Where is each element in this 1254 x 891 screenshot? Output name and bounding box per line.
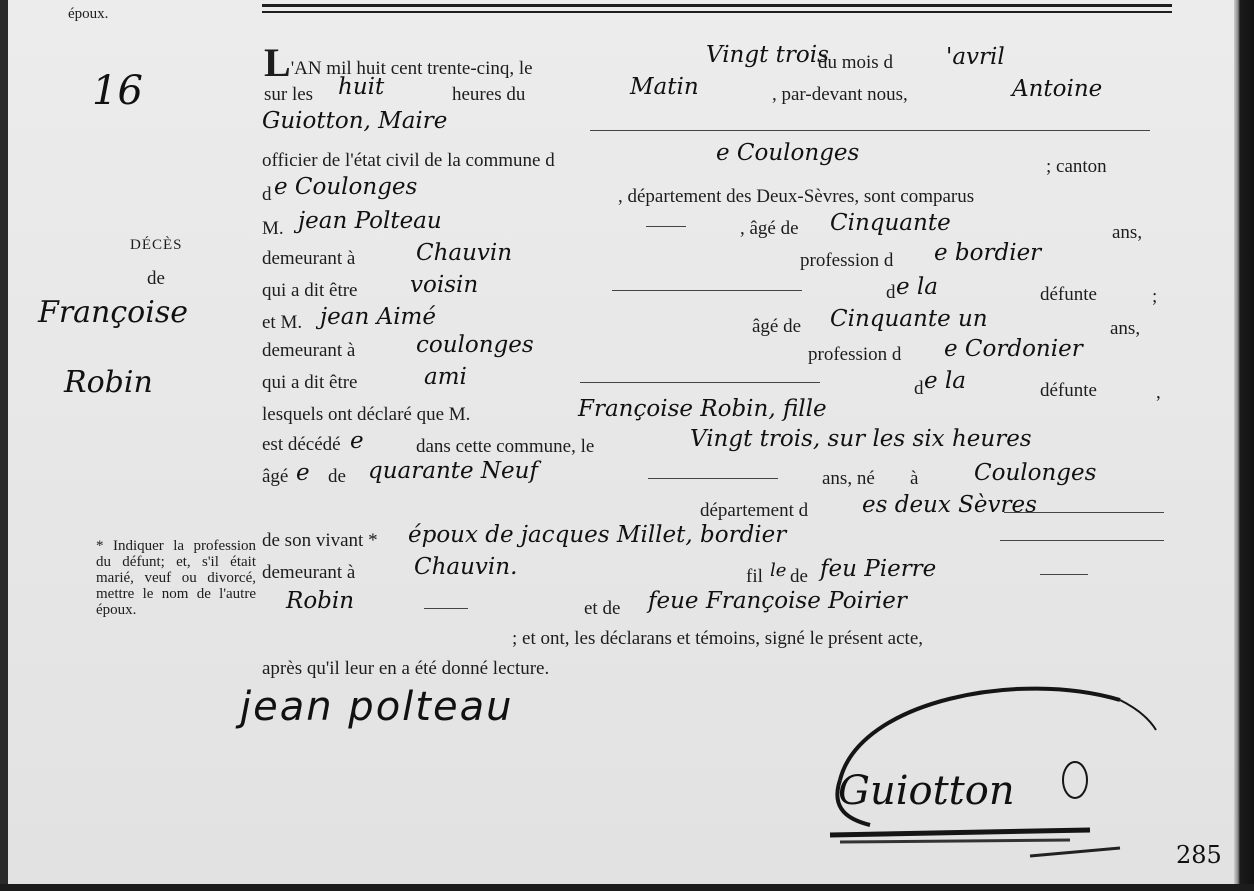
drop-cap-L: L [264,40,291,85]
printed-d: d [886,282,896,304]
hw-witness2-profession: e Cordonier [944,336,1083,362]
mayor-signature: Guiotton [838,768,1015,814]
printed-departement: département d [700,500,808,522]
hw-father-last-name: Robin [286,588,354,614]
witness-signature: jean polteau [240,684,513,730]
scan-right-edge [1234,0,1254,891]
scan-left-edge [0,0,8,891]
printed-a: à [910,468,918,490]
hw-birth-department: es deux Sèvres [862,492,1037,518]
fill-line [580,382,820,383]
printed-ans-ne: ans, né [822,468,875,490]
hw-de-la: e la [924,368,966,394]
printed-par-devant: , par-devant nous, [772,84,908,106]
hw-period: Matin [630,74,699,100]
printed-et-ont-signe: ; et ont, les déclarans et témoins, sign… [512,628,923,650]
printed-et-m: et M. [262,312,302,334]
hw-commune: e Coulonges [716,140,859,166]
hw-witness1-profession: e bordier [934,240,1041,266]
fill-line [1004,512,1164,513]
previous-entry-fragment: époux. [68,6,108,22]
hw-witness1-relation: voisin [410,272,478,298]
printed-canton: ; canton [1046,156,1107,178]
printed-defunte: défunte [1040,380,1097,402]
printed-dans-cette-commune: dans cette commune, le [416,436,594,458]
hw-marital-status: époux de jacques Millet, bordier [408,522,786,548]
hw-deceased-residence: Chauvin. [414,554,517,580]
printed-sur-les: sur les [264,84,313,106]
hw-mother-name: feue Françoise Poirier [648,588,907,614]
printed-departement: , département des Deux-Sèvres, sont comp… [618,186,974,208]
margin-title-deces: DÉCÈS [130,234,183,256]
printed-text: 'AN mil huit cent trente-cinq, le [291,58,533,79]
printed-ans: ans, [1110,318,1140,340]
hw-death-date: Vingt trois, sur les six heures [690,426,1032,452]
printed-demeurant: demeurant à [262,340,355,362]
printed-age-de: âgé de [752,316,801,338]
deceased-first-name: Françoise [38,300,188,326]
fill-line [424,608,468,609]
fill-line [590,130,1150,131]
hw-witness2-relation: ami [424,364,467,390]
hw-witness2-residence: coulonges [416,332,534,358]
printed-demeurant: demeurant à [262,562,355,584]
fill-line [1040,574,1088,575]
printed-defunte: défunte [1040,284,1097,306]
printed-lecture: après qu'il leur en a été donné lecture. [262,658,549,680]
printed-de: de [790,566,808,588]
fill-line [1000,540,1164,541]
hw-deceased-name: Françoise Robin, fille [578,396,827,422]
header-double-rule [262,4,1172,13]
hw-canton: e Coulonges [274,174,417,200]
entry-number: 16 [92,78,143,104]
printed-heures-du: heures du [452,84,525,106]
printed-lesquels: lesquels ont déclaré que M. [262,404,470,426]
hw-hour: huit [338,74,384,100]
form-line-1: L'AN mil huit cent trente-cinq, le [264,46,533,80]
printed-et-de: et de [584,598,620,620]
printed-d: d [262,184,272,206]
hw-day: Vingt trois [706,42,829,68]
hw-witness1-name: jean Polteau [298,208,442,234]
printed-m: M. [262,218,284,240]
printed-de-son-vivant: de son vivant * [262,530,378,552]
printed-de: de [328,466,346,488]
scan-bottom-edge [0,884,1254,891]
hw-gender-suffix: e [296,460,310,486]
fill-line [646,226,686,227]
margin-footnote: * Indiquer la profession du défunt; et, … [96,538,256,618]
hw-witness1-age: Cinquante [830,210,951,236]
hw-officer-name: Guiotton, Maire [262,108,447,134]
printed-est-decede: est décédé [262,434,341,456]
printed-du-mois: du mois d [818,52,893,74]
hw-witness1-residence: Chauvin [416,240,512,266]
printed-ans: ans, [1112,222,1142,244]
fill-line [648,478,778,479]
printed-age-de: , âgé de [740,218,799,240]
printed-d: d [914,378,924,400]
printed-semicolon: ; [1152,286,1157,308]
hw-witness2-age: Cinquante un [830,306,988,332]
printed-fil: fil [746,566,763,588]
page-number: 285 [1176,842,1222,868]
hw-father-name: feu Pierre [820,556,936,582]
hw-officer-first-name: Antoine [1012,76,1102,102]
deceased-last-name: Robin [64,370,153,396]
hw-de-la: e la [896,274,938,300]
printed-demeurant: demeurant à [262,248,355,270]
printed-qui-a-dit: qui a dit être [262,280,358,302]
hw-birthplace: Coulonges [974,460,1096,486]
printed-profession: profession d [808,344,901,366]
fill-line [612,290,802,291]
hw-witness2-name: jean Aimé [320,304,436,330]
printed-comma: , [1156,382,1161,404]
hw-month: 'avril [946,44,1005,70]
hw-deceased-age: quarante Neuf [368,458,538,484]
hw-le: le [770,558,786,584]
printed-officier: officier de l'état civil de la commune d [262,150,555,172]
margin-title-de: de [147,268,165,290]
printed-qui-a-dit: qui a dit être [262,372,358,394]
printed-profession: profession d [800,250,893,272]
mayor-signature-flourish [820,660,1170,860]
printed-agee: âgé [262,466,288,488]
hw-gender-suffix: e [350,428,364,454]
